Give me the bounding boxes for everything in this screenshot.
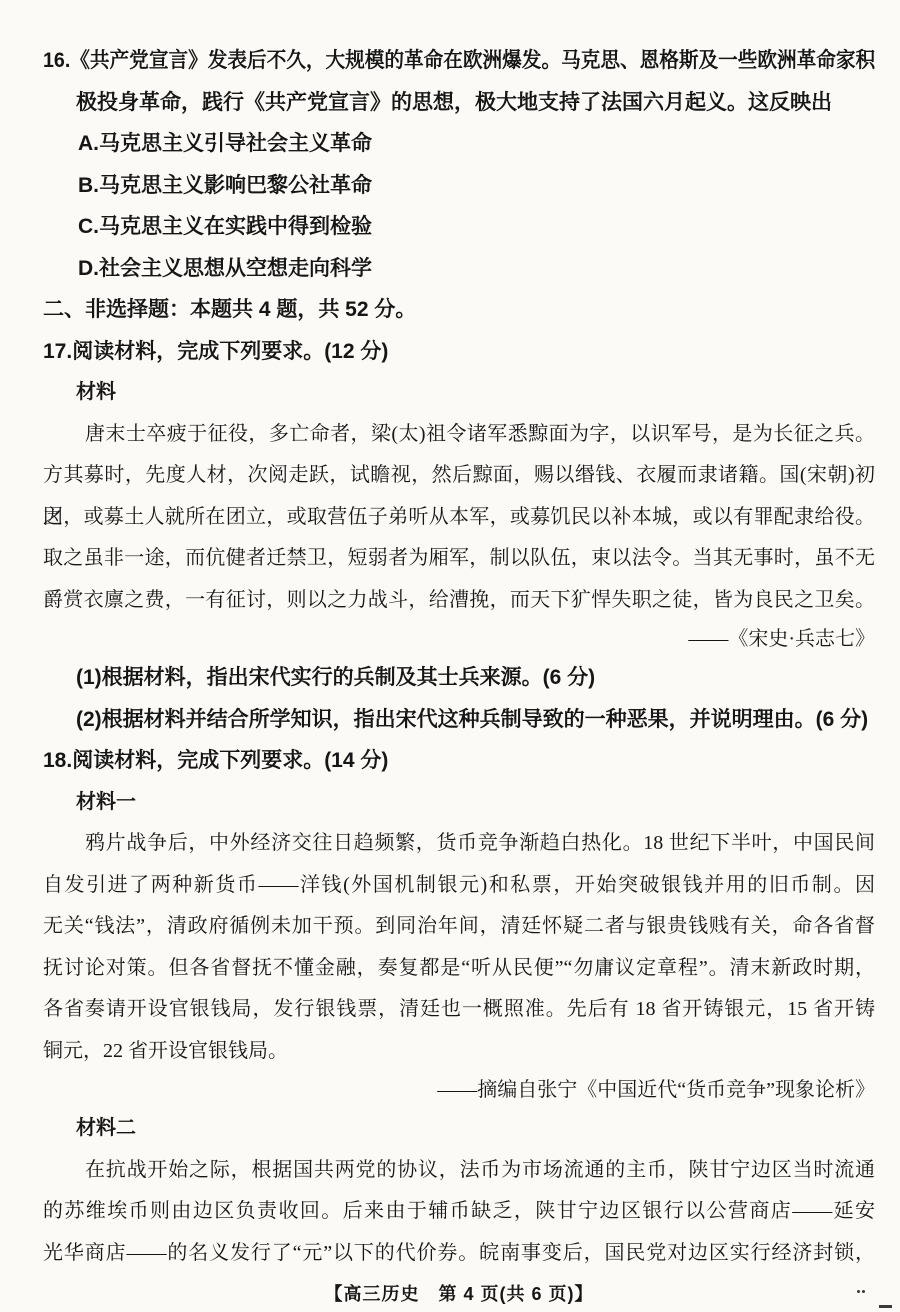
question-18-material-2-line-1: 在抗战开始之际，根据国共两党的协议，法币为市场流通的主币，陕甘宁边区当时流通 [43, 1150, 875, 1192]
question-17-material-line-3: 之，或募土人就所在团立，或取营伍子弟听从本军，或募饥民以补本城，或以有罪配隶给役… [43, 497, 875, 539]
question-17-sub-question-2: (2)根据材料并结合所学知识，指出宋代这种兵制导致的一种恶果，并说明理由。(6 … [76, 699, 875, 741]
question-17-material-line-5: 爵赏衣廪之费，一有征讨，则以之力战斗，给漕挽，而天下犷悍失职之徒，皆为良民之卫矣… [43, 580, 875, 622]
question-17-material-source: ——《宋史·兵志七》 [43, 621, 875, 657]
section-2-heading: 二、非选择题：本题共 4 题，共 52 分。 [43, 289, 875, 331]
question-18-material-1-source: ——摘编自张宁《中国近代“货币竞争”现象论析》 [43, 1072, 875, 1108]
question-18-material-1-line-6: 铜元，22 省开设官银钱局。 [43, 1031, 875, 1073]
scan-artifact-dash [879, 1305, 892, 1308]
question-18-material-2-line-3: 光华商店——的名义发行了“元”以下的代价券。皖南事变后，国民党对边区实行经济封锁… [43, 1233, 875, 1275]
question-18-material-1-label: 材料一 [76, 782, 875, 824]
question-18-material-1-line-4: 抚讨论对策。但各省督抚不懂金融，奏复都是“听从民便”“勿庸议定章程”。清末新政时… [43, 948, 875, 990]
question-18-material-2-label: 材料二 [76, 1108, 875, 1150]
question-18-material-1-line-1: 鸦片战争后，中外经济交往日趋频繁，货币竞争渐趋白热化。18 世纪下半叶，中国民间 [43, 823, 875, 865]
question-17-intro: 17.阅读材料，完成下列要求。(12 分) [43, 331, 875, 373]
question-18-intro: 18.阅读材料，完成下列要求。(14 分) [43, 740, 875, 782]
question-16-option-a: A.马克思主义引导社会主义革命 [78, 123, 875, 165]
question-17-material-label: 材料 [76, 372, 875, 414]
question-17-sub-question-1: (1)根据材料，指出宋代实行的兵制及其士兵来源。(6 分) [76, 657, 875, 699]
scan-artifact-dots [857, 1290, 860, 1293]
question-18-material-1-line-3: 无关“钱法”，清政府循例未加干预。到同治年间，清廷怀疑二者与银贵钱贱有关，命各省… [43, 906, 875, 948]
question-18-material-2-line-2: 的苏维埃币则由边区负责收回。后来由于辅币缺乏，陕甘宁边区银行以公营商店——延安 [43, 1191, 875, 1233]
question-17-material-line-4: 取之虽非一途，而伉健者迁禁卫，短弱者为厢军，制以队伍，束以法令。当其无事时，虽不… [43, 538, 875, 580]
question-18-material-1-line-5: 各省奏请开设官银钱局，发行银钱票，清廷也一概照准。先后有 18 省开铸银元，15… [43, 989, 875, 1031]
question-17-material-line-1: 唐末士卒疲于征役，多亡命者，梁(太)祖令诸军悉黥面为字，以识军号，是为长征之兵。 [43, 414, 875, 456]
question-16-option-d: D.社会主义思想从空想走向科学 [78, 248, 875, 290]
question-16-stem-line-2: 极投身革命，践行《共产党宣言》的思想，极大地支持了法国六月起义。这反映出 [76, 82, 875, 124]
question-16-option-b: B.马克思主义影响巴黎公社革命 [78, 165, 875, 207]
page-footer: 【高三历史 第 4 页(共 6 页)】 [43, 1274, 875, 1312]
question-17-material-line-2: 方其募时，先度人材，次阅走跃，试瞻视，然后黥面，赐以缗钱、衣履而隶诸籍。国(宋朝… [43, 455, 875, 497]
question-16-option-c: C.马克思主义在实践中得到检验 [78, 206, 875, 248]
exam-page: 16.《共产党宣言》发表后不久，大规模的革命在欧洲爆发。马克思、恩格斯及一些欧洲… [0, 0, 900, 1312]
question-16-stem-line-1: 16.《共产党宣言》发表后不久，大规模的革命在欧洲爆发。马克思、恩格斯及一些欧洲… [43, 40, 821, 82]
exam-page-content: 16.《共产党宣言》发表后不久，大规模的革命在欧洲爆发。马克思、恩格斯及一些欧洲… [43, 40, 875, 1312]
question-18-material-1-line-2: 自发引进了两种新货币——洋钱(外国机制银元)和私票，开始突破银钱并用的旧币制。因 [43, 865, 875, 907]
